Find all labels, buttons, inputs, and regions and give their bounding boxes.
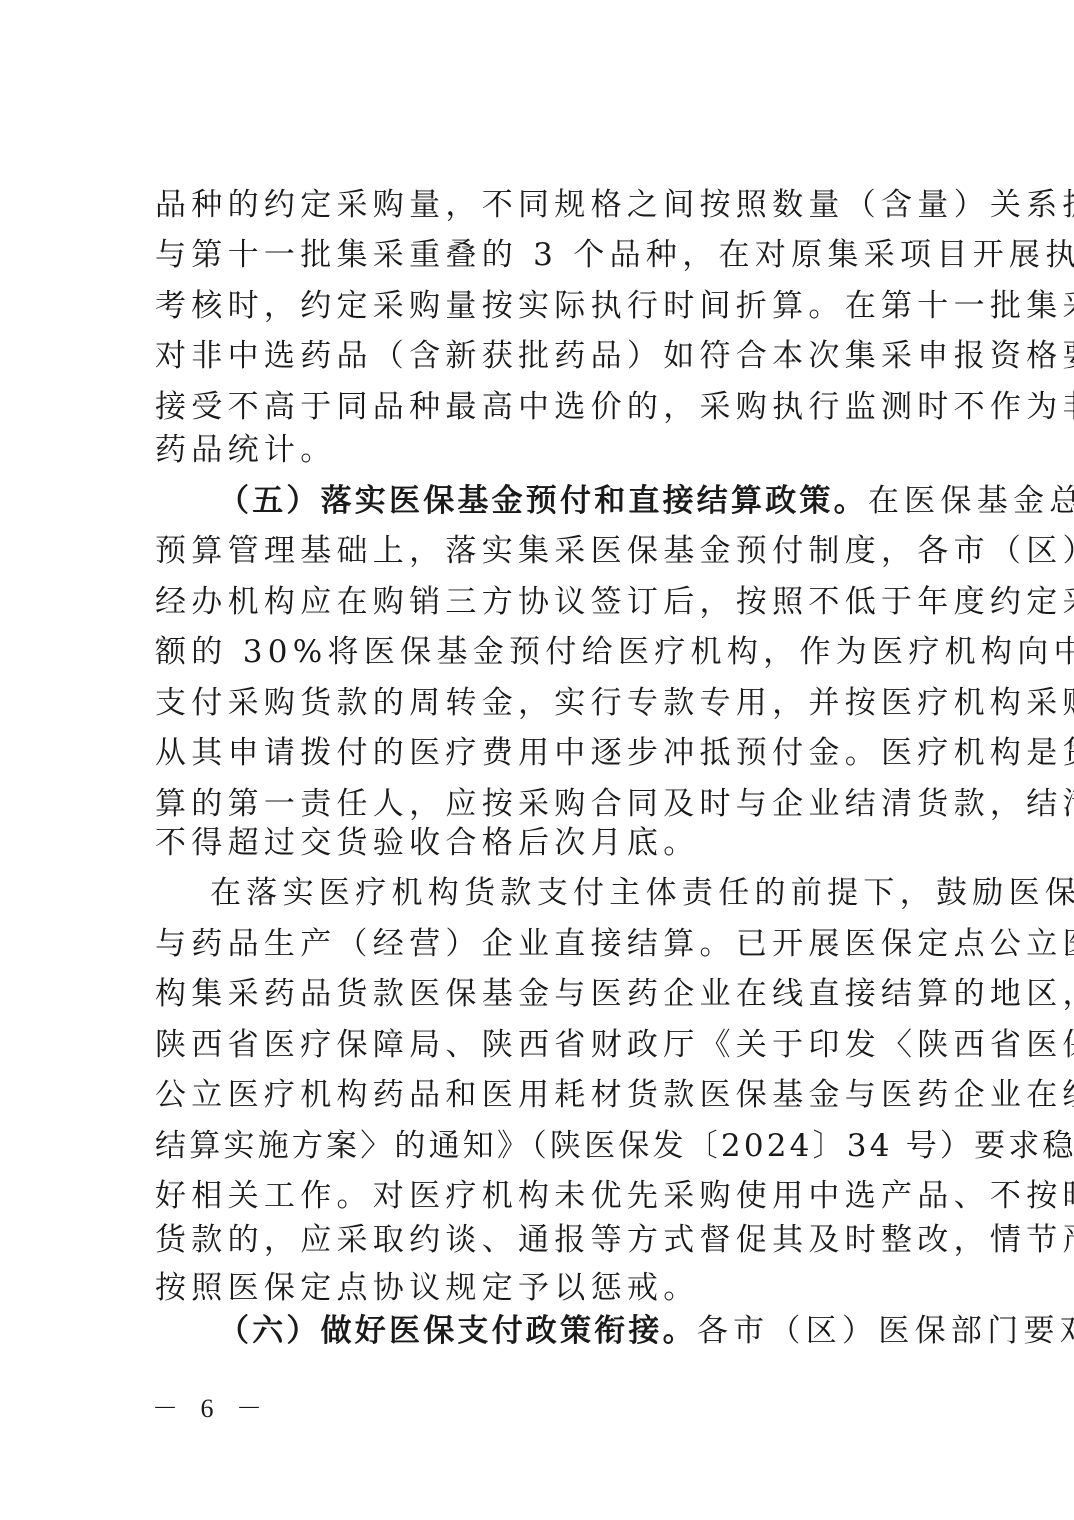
- text-line: 预算管理基础上，落实集采医保基金预付制度，各市（区）医保: [155, 526, 1074, 576]
- text-line: 考核时，约定采购量按实际执行时间折算。在第十一批集采中，: [155, 281, 1074, 331]
- text-line: 从其申请拨付的医疗费用中逐步冲抵预付金。医疗机构是货款结: [155, 728, 1074, 778]
- section-heading-line: （五）落实医保基金预付和直接结算政策。在医保基金总额: [218, 476, 1074, 526]
- text-line: 陕西省医疗保障局、陕西省财政厅《关于印发〈陕西省医保定点: [155, 1020, 1074, 1070]
- text-line: 与药品生产（经营）企业直接结算。已开展医保定点公立医疗机: [155, 919, 1074, 969]
- text-line: 与第十一批集采重叠的 3 个品种，在对原集采项目开展执行情况: [155, 230, 1074, 280]
- text-line: 经办机构应在购销三方协议签订后，按照不低于年度约定采购金: [155, 577, 1074, 627]
- text-line: 结算实施方案〉的通知》（陕医保发〔2024〕34 号）要求稳妥做: [155, 1121, 1074, 1171]
- text-line: 构集采药品货款医保基金与医药企业在线直接结算的地区，要按: [155, 969, 1074, 1019]
- text-line: 支付采购货款的周转金，实行专款专用，并按医疗机构采购进度，: [155, 678, 1074, 728]
- text-line: 各市（区）医保部门要对医: [697, 1313, 1074, 1349]
- text-line: 对非中选药品（含新获批药品）如符合本次集采申报资格要求，: [155, 331, 1074, 381]
- page-number: － 6 －: [152, 1388, 270, 1425]
- text-line: 在医保基金总额: [868, 483, 1074, 519]
- text-line: 药品统计。: [155, 425, 337, 475]
- text-line: 公立医疗机构药品和医用耗材货款医保基金与医药企业在线直接: [155, 1070, 1074, 1120]
- text-line: 在落实医疗机构货款支付主体责任的前提下，鼓励医保基金: [210, 868, 1074, 918]
- document-page: 品种的约定采购量，不同规格之间按照数量（含量）关系折算。 与第十一批集采重叠的 …: [0, 0, 1074, 1520]
- text-line: 额的 30%将医保基金预付给医疗机构，作为医疗机构向中选企业: [155, 627, 1074, 677]
- text-line: 好相关工作。对医疗机构未优先采购使用中选产品、不按时结算: [155, 1171, 1074, 1221]
- section-heading-5: （五）落实医保基金预付和直接结算政策。: [218, 483, 868, 519]
- text-line: 品种的约定采购量，不同规格之间按照数量（含量）关系折算。: [155, 180, 1074, 230]
- text-line: 不得超过交货验收合格后次月底。: [155, 818, 700, 868]
- section-heading-line: （六）做好医保支付政策衔接。各市（区）医保部门要对医: [218, 1306, 1074, 1356]
- text-line: 货款的，应采取约谈、通报等方式督促其及时整改，情节严重的: [155, 1215, 1074, 1265]
- section-heading-6: （六）做好医保支付政策衔接。: [218, 1313, 697, 1349]
